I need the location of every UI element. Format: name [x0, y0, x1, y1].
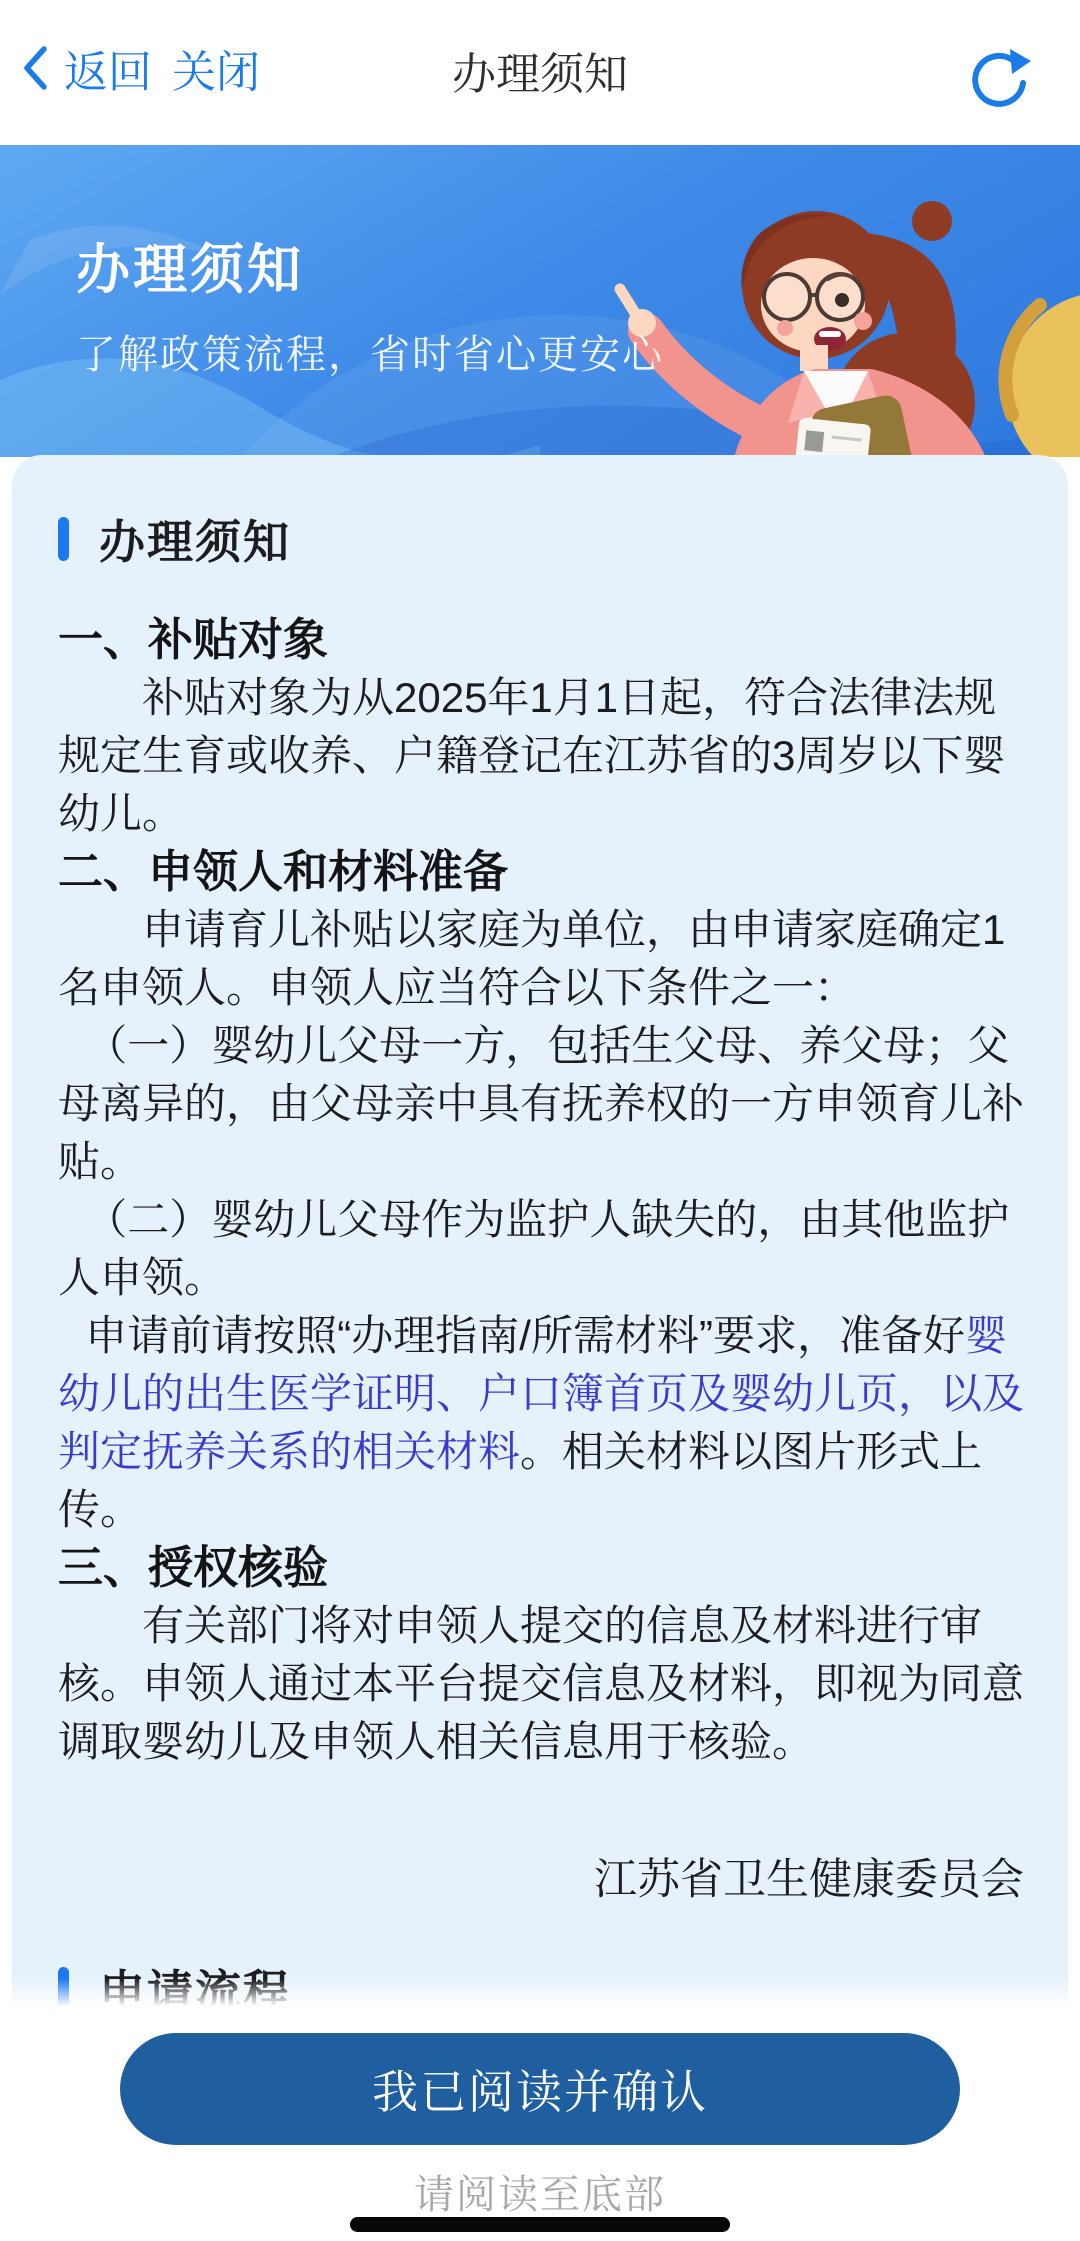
heading-applicant-materials: 二、申领人和材料准备 — [58, 843, 1024, 901]
home-indicator-bar — [350, 2217, 730, 2232]
para-condition-1: （一）婴幼儿父母一方，包括生父母、养父母；父母离异的，由父母亲中具有抚养权的一方… — [58, 1017, 1024, 1191]
hero-banner: 办理须知 了解政策流程，省时省心更安心 — [0, 145, 1080, 457]
section-header-notice: 办理须知 — [58, 511, 1024, 567]
page-title: 办理须知 — [0, 38, 1080, 102]
banner-title: 办理须知 — [76, 227, 304, 304]
heading-subsidy-target: 一、补贴对象 — [58, 611, 1024, 669]
nav-bar: 返回 关闭 办理须知 — [0, 0, 1080, 145]
para-materials: 申请前请按照“办理指南/所需材料”要求，准备好婴幼儿的出生医学证明、户口簿首页及… — [58, 1307, 1024, 1539]
coin-icon — [1005, 292, 1080, 457]
section-title: 办理须知 — [99, 506, 291, 572]
heading-authorization: 三、授权核验 — [58, 1539, 1024, 1597]
refresh-icon — [968, 102, 1032, 117]
notice-body: 一、补贴对象 补贴对象为从2025年1月1日起，符合法律法规规定生育或收养、户籍… — [58, 611, 1024, 1771]
banner-subtitle: 了解政策流程，省时省心更安心 — [76, 323, 664, 380]
para-condition-2: （二）婴幼儿父母作为监护人缺失的，由其他监护人申领。 — [58, 1191, 1024, 1307]
para-subsidy-target: 补贴对象为从2025年1月1日起，符合法律法规规定生育或收养、户籍登记在江苏省的… — [58, 669, 1024, 843]
issuer-signature: 江苏省卫生健康委员会 — [58, 1851, 1024, 1909]
materials-text-prefix: 申请前请按照“办理指南/所需材料”要求，准备好 — [85, 1312, 965, 1359]
notice-card: 办理须知 一、补贴对象 补贴对象为从2025年1月1日起，符合法律法规规定生育或… — [12, 455, 1068, 2241]
read-to-bottom-hint: 请阅读至底部 — [0, 2163, 1080, 2220]
refresh-button[interactable] — [968, 48, 1032, 114]
para-authorization: 有关部门将对申领人提交的信息及材料进行审核。申领人通过本平台提交信息及材料，即视… — [58, 1597, 1024, 1771]
section-accent-bar — [58, 517, 69, 561]
para-applicant: 申请育儿补贴以家庭为单位，由申请家庭确定1名申领人。申领人应当符合以下条件之一： — [58, 901, 1024, 1017]
confirm-read-button[interactable]: 我已阅读并确认 — [120, 2033, 960, 2145]
app-screen: 返回 关闭 办理须知 — [0, 0, 1080, 2241]
bottom-bar: 我已阅读并确认 请阅读至底部 — [0, 2005, 1080, 2241]
